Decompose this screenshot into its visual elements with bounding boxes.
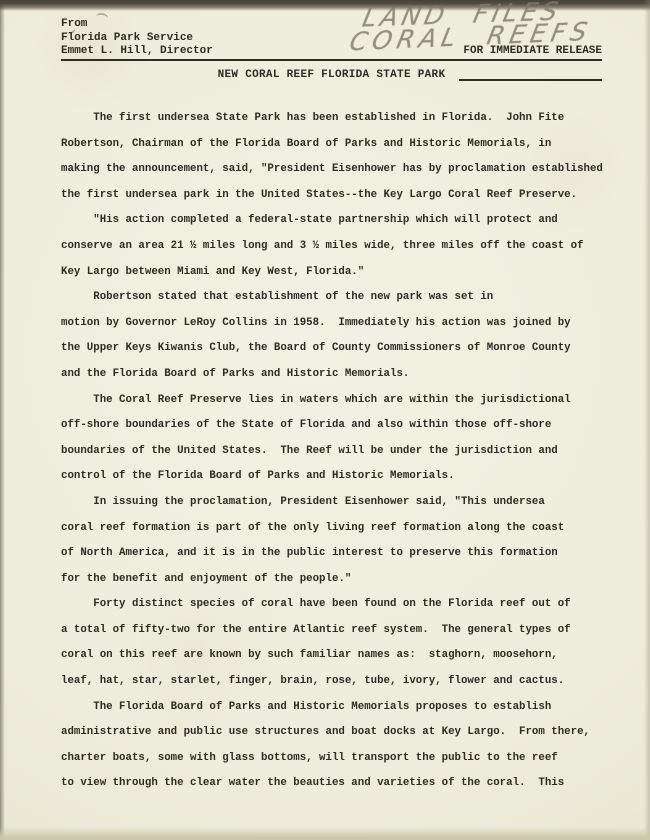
paragraph: The first undersea State Park has been e… xyxy=(61,106,606,208)
document-title: NEW CORAL REEF FLORIDA STATE PARK xyxy=(61,69,602,81)
scan-edge-bottom xyxy=(0,827,650,840)
scanned-press-release-page: LAND FILES CORAL REEFS From Florida Park… xyxy=(0,0,650,840)
paragraph: The Coral Reef Preserve lies in waters w… xyxy=(61,388,606,490)
paragraph: Robertson stated that establishment of t… xyxy=(61,285,606,387)
from-label: From xyxy=(61,18,602,32)
scan-edge-right xyxy=(644,0,650,840)
organization-name: Florida Park Service xyxy=(61,32,602,46)
scan-edge-left xyxy=(0,0,5,840)
paragraph: "His action completed a federal-state pa… xyxy=(61,208,606,285)
paragraph: In issuing the proclamation, President E… xyxy=(61,490,606,592)
letterhead: From Florida Park Service Emmet L. Hill,… xyxy=(61,18,602,61)
paragraph: The Florida Board of Parks and Historic … xyxy=(61,695,606,797)
release-label: FOR IMMEDIATE RELEASE xyxy=(463,45,602,59)
paragraph: Forty distinct species of coral have bee… xyxy=(61,592,606,694)
header-rule-row: Emmet L. Hill, Director FOR IMMEDIATE RE… xyxy=(61,45,602,61)
director-name: Emmet L. Hill, Director xyxy=(61,45,213,59)
document-body: The first undersea State Park has been e… xyxy=(61,106,606,797)
